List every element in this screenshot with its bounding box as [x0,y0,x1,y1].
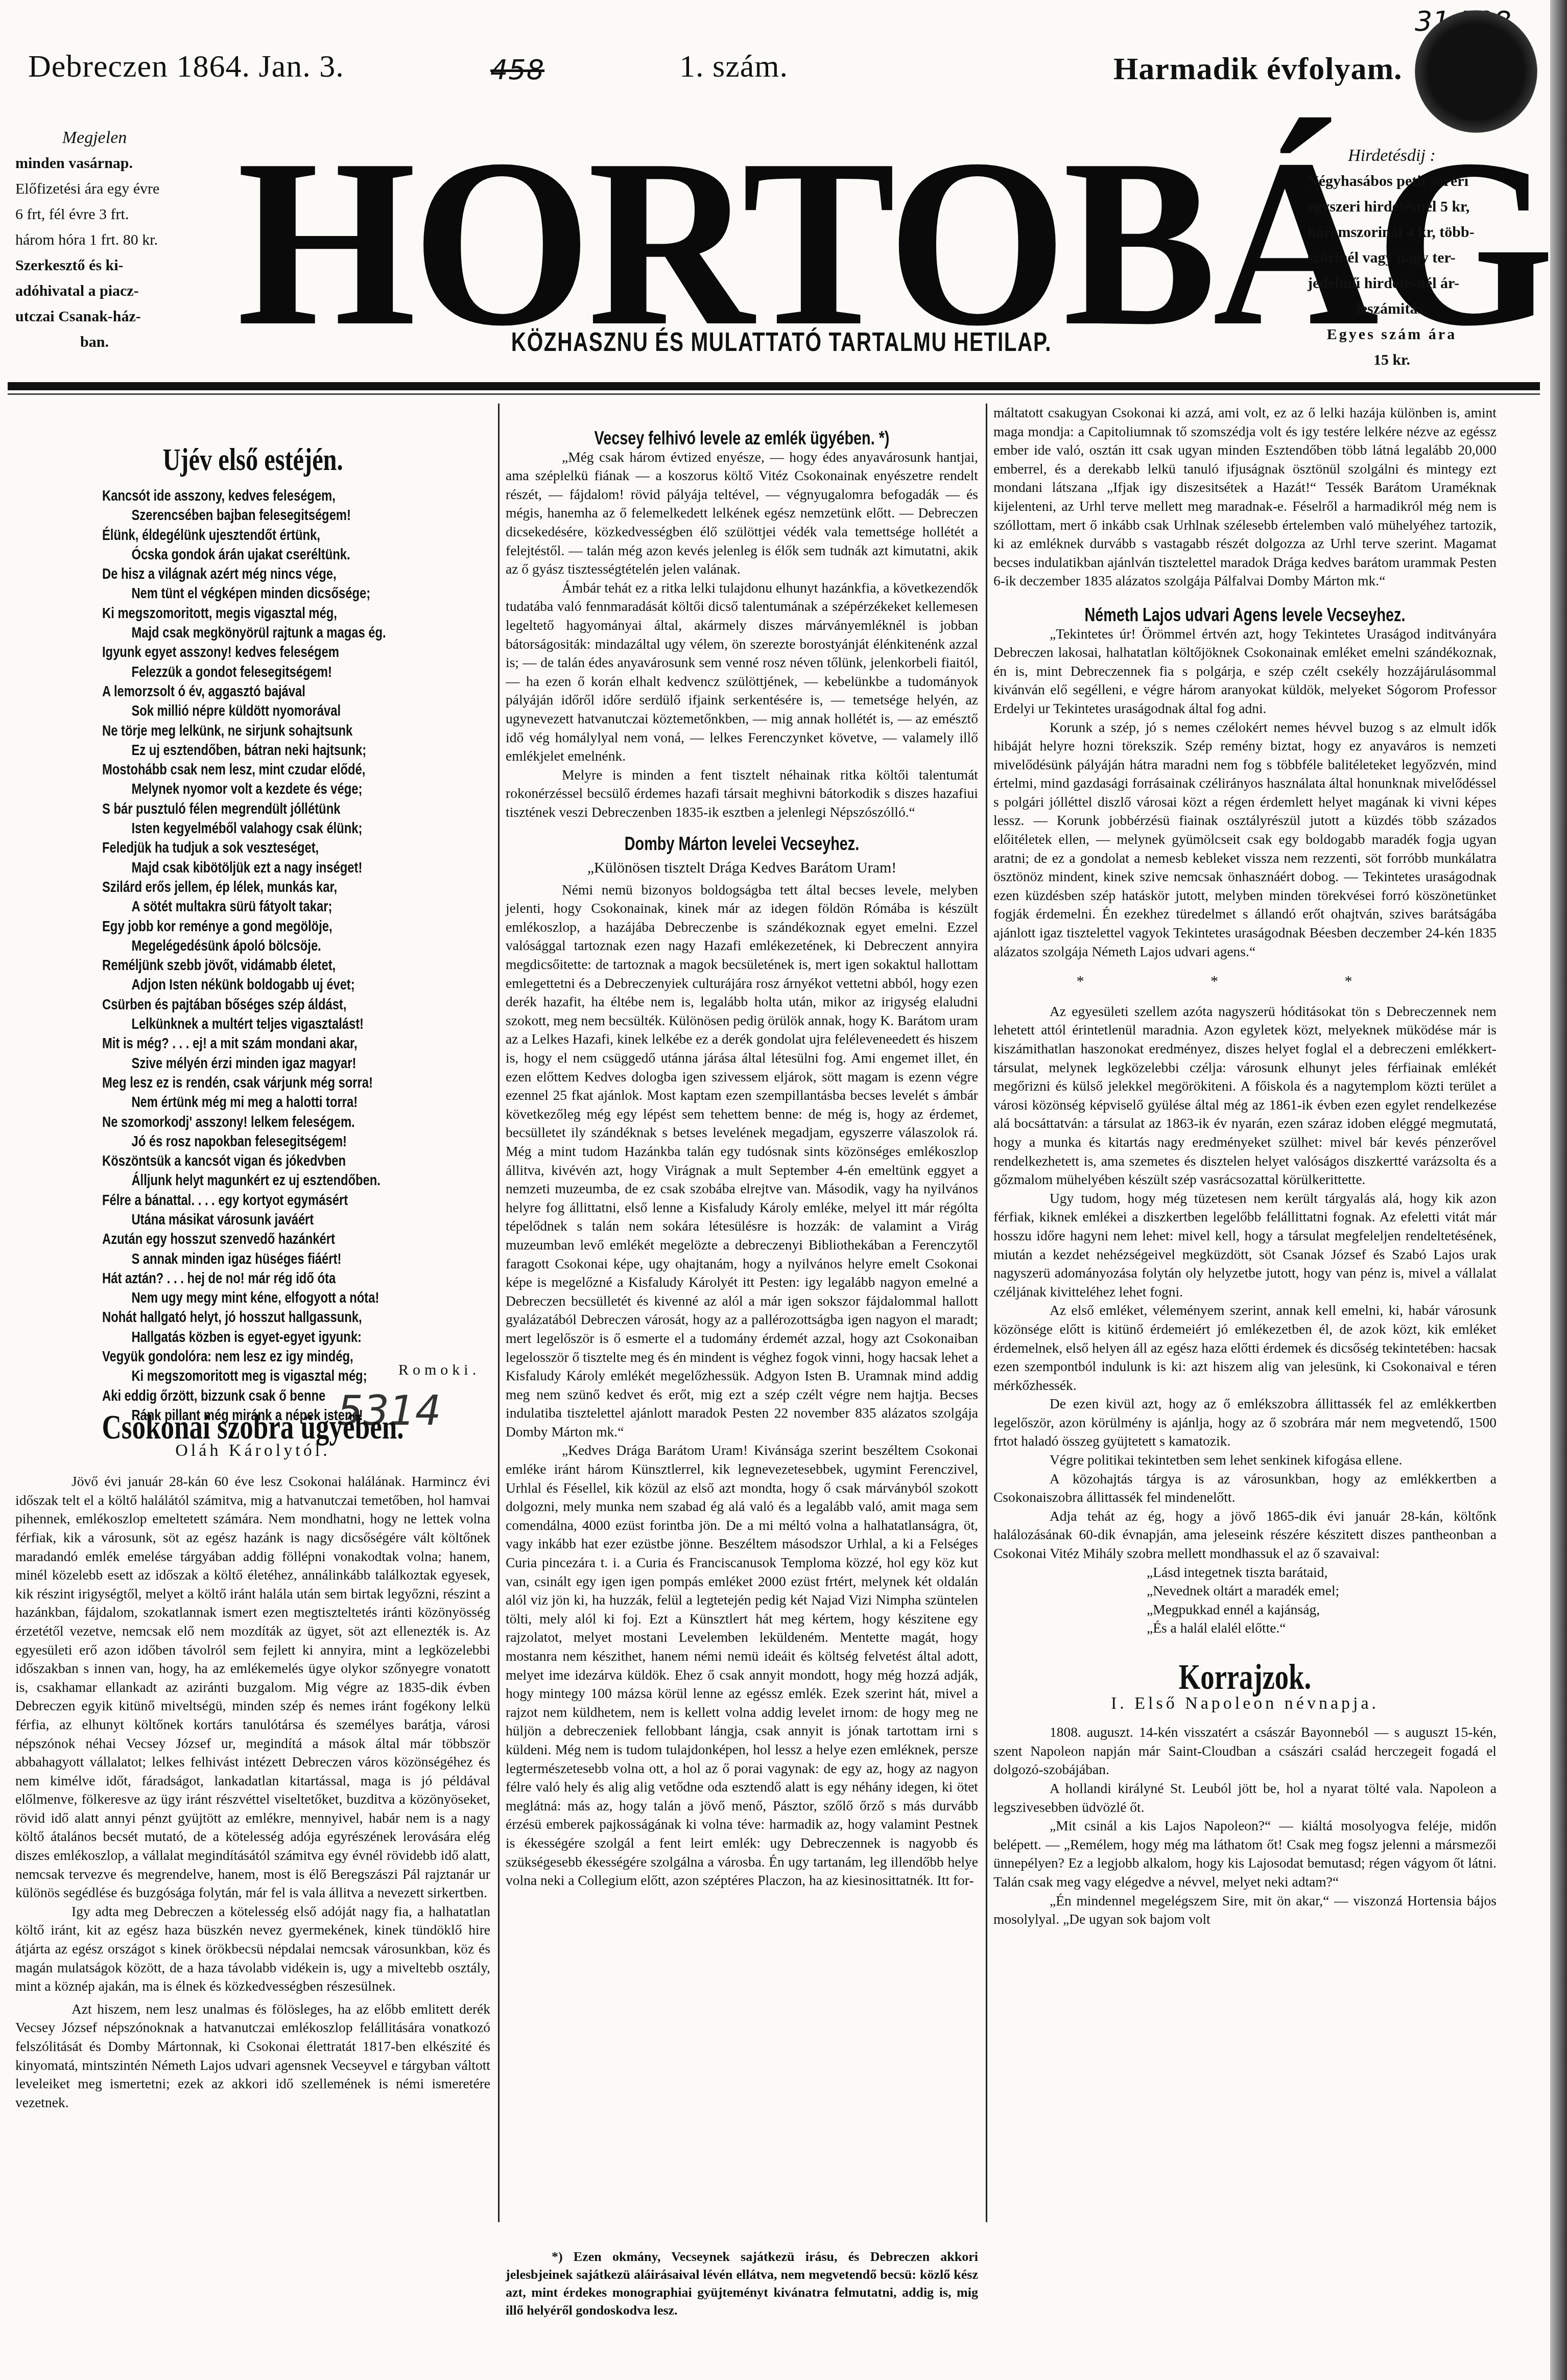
poem-line: Megelégedésünk ápoló bölcsöje. [102,936,521,956]
poem-line: Ne szomorkodj' asszony! lelkem feleségem… [102,1113,521,1132]
letter-paragraph: Korunk a szép, jó s nemes czélokért neme… [993,718,1497,961]
issue-number: 1. szám. [679,49,788,85]
advertising-line: egyszeri hirdetésnél 5 kr, [1308,194,1476,220]
letter-paragraph: Némi nemü bizonyos boldogságba tett álta… [506,881,978,1442]
article-csokonai: Csokonai szobra ügyében. Oláh Károlytól.… [15,1418,490,2112]
poem-line: Jó és rosz napokban felesegitségem! [102,1132,521,1151]
poem-line: Ócska gondok árán ujakat cseréltünk. [102,545,521,564]
left-column: Ujév első estéjén. Kancsót ide asszony, … [15,442,490,1425]
korrajzok-title: Korrajzok. [1049,1668,1441,1687]
poem-line: Nohát hallgató helyt, jó hosszut hallgas… [102,1308,521,1327]
domby-letter-title: Domby Márton levelei Vecseyhez. [553,835,931,854]
poem-line: Nem értünk még mi meg a halotti torra! [102,1093,521,1112]
article-paragraph: Igy adta meg Debreczen a kötelesség első… [15,1902,490,1996]
poem-line: Feledjük ha tudjuk a sok veszteséget, [102,838,521,858]
letter-paragraph: Melyre is minden a fent tisztelt néhaina… [506,766,978,822]
poem-line: De hisz a világnak azért még nincs vége, [102,564,521,584]
poem-line: Mit is még? . . . ej! a mit szám mondani… [102,1034,521,1053]
advertising-rates-box: Hirdetésdij : Négyhasábos petit soréri e… [1308,143,1476,373]
letter-paragraph: „Még csak három évtized enyésze, — hogy … [506,448,978,579]
verse-line: „És a halál elalél előtte.“ [1147,1619,1497,1638]
poem-line: Szilárd erős jellem, ép lélek, munkás ka… [102,878,521,897]
advertising-line: háromszorinál 4 kr, több- [1308,220,1476,245]
middle-column: Vecsey felhivó levele az emlék ügyében. … [506,429,978,1890]
right-column: máltatott csakugyan Csokonai ki azzá, am… [993,404,1497,1929]
poem-line: Azután egy hosszut szenvedő hazánkért [102,1230,521,1249]
article-paragraph: A hollandi királyné St. Leuból jött be, … [993,1779,1497,1817]
subscription-line: Előfizetési ára egy évre [15,176,174,202]
poem-author: Romoki. [398,1361,480,1379]
poem-line: Sok millió népre küldött nyomorával [102,701,521,721]
letter-paragraph: „Tekintetes úr! Örömmel értvén azt, hogy… [993,625,1497,718]
masthead-rule [8,382,1540,390]
poem-line: Nem tünt el végképen minden dicsősége; [102,584,521,603]
poem-line: Ki megszomoritott, megis vigasztal még, [102,604,521,623]
article-paragraph: Végre politikai tekintetben sem lehet se… [993,1451,1497,1470]
poem-line: Adjon Isten nékünk boldogabb uj évet; [102,975,521,995]
poem-line: A sötét multakra sürü fátyolt takar; [102,897,521,916]
subscription-line: ban. [15,329,174,355]
poem-line: Hallgatás közben is egyet-egyet igyunk: [102,1328,521,1347]
poem-line: Álljunk helyt magunkért ez uj esztendőbe… [102,1171,521,1190]
subscription-line: minden vasárnap. [15,151,174,176]
advertising-line: leszámitás. [1308,296,1476,322]
poem-line: Élünk, éldegélünk ujesztendőt értünk, [102,526,521,545]
place-date: Debreczen 1864. Jan. 3. [28,49,344,85]
article-paragraph: Az első emléket, véleményem szerint, ann… [993,1301,1497,1395]
poem-line: Köszöntsük a kancsót vigan és jókedvben [102,1151,521,1171]
verse-line: „Lásd integetnek tiszta barátaid, [1147,1563,1497,1582]
poem-line: Reméljünk szebb jövőt, vidámabb életet, [102,956,521,975]
poem-line: Ne törje meg lelkünk, ne sirjunk sohajts… [102,721,521,741]
article-paragraph: Azt hiszem, nem lesz unalmas és fölösleg… [15,2000,490,2112]
article-title: Csokonai szobra ügyében. [67,1418,438,1436]
footnote: *) Ezen okmány, Vecseynek sajátkezü irás… [506,2248,978,2319]
article-paragraph: 1808. auguszt. 14-kén visszatért a csász… [993,1723,1497,1779]
korrajzok-subtitle: I. Első Napoleon névnapja. [993,1694,1497,1713]
article-paragraph: Adja tehát az ég, hogy a jövő 1865-dik é… [993,1507,1497,1563]
poem-line: Meg lesz ez is rendén, csak várjunk még … [102,1073,521,1093]
continuation-paragraph: máltatott csakugyan Csokonai ki azzá, am… [993,404,1497,591]
nemeth-letter-title: Németh Lajos udvari Agens levele Vecseyh… [1044,606,1446,625]
advertising-line: szörinél vagy nagy ter- [1308,245,1476,271]
subscription-line: adóhivatal a piacz- [15,278,174,304]
poem-line: Aki eddig őrzött, bizzunk csak ő benne [102,1386,521,1406]
poem-line: Szerencsében bajban felesegitségem! [102,506,521,525]
masthead-rule-thin [8,393,1540,395]
poem-line: Nem ugy megy mint kéne, elfogyott a nóta… [102,1288,521,1308]
poem-line: Szive mélyén érzi minden igaz magyar! [102,1054,521,1073]
poem-line: Majd csak kibötöljük ezt a nagy inséget! [102,858,521,878]
domby-salutation: „Különösen tisztelt Drága Kedves Barátom… [506,859,978,878]
masthead-subtitle: KÖZHASZNU ÉS MULATTATÓ TARTALMU HETILAP. [483,327,1080,358]
poem-line: Utána másikat városunk javáért [102,1210,521,1230]
archive-mark: 458 [490,54,544,86]
poem-line: S bár pusztuló félen megrendült jóllétün… [102,799,521,819]
subscription-line: utczai Csanak-ház- [15,304,174,329]
subscription-line: három hóra 1 frt. 80 kr. [15,227,174,253]
poem-line: Melynek nyomor volt a kezdete és vége; [102,780,521,799]
subscription-line: 6 frt, fél évre 3 frt. [15,202,174,227]
subscription-line: Szerkesztő és ki- [15,253,174,278]
subscription-lead: Megjelen [15,125,174,151]
poem-line: Csürben és pajtában bőséges szép áldást, [102,995,521,1015]
article-paragraph: De ezen kivül azt, hogy az ő emlékszobra… [993,1395,1497,1451]
advertising-line: jedelmű hirdetésnél ár- [1308,271,1476,296]
verse-line: „Nevednek oltárt a maradék emel; [1147,1582,1497,1600]
column-divider [986,404,987,2222]
poem-line: Felezzük a gondot felesegitségem! [102,663,521,682]
letter-paragraph: Ámbár tehát ez a ritka lelki tulajdonu e… [506,579,978,766]
poem-line: Félre a bánattal. . . . egy kortyot egym… [102,1191,521,1210]
advertising-line: 15 kr. [1308,347,1476,373]
vecsey-letter-title: Vecsey felhivó levele az emlék ügyében. … [553,429,931,448]
letter-paragraph: „Kedves Drága Barátom Uram! Kivánsága sz… [506,1441,978,1890]
poem-line: Mostohább csak nem lesz, mint czudar elő… [102,760,521,780]
article-paragraph: A közohajtás tárgya is az városunkban, h… [993,1470,1497,1507]
poem-body: Kancsót ide asszony, kedves feleségem, S… [102,486,521,1425]
poem-line: A lemorzsolt ó év, aggasztó bajával [102,682,521,701]
poem-line: S annak minden igaz hüséges fiáért! [102,1250,521,1269]
volume-label: Harmadik évfolyam. [1113,51,1403,87]
poem-line: Lelkünknek a multért teljes vigasztalást… [102,1015,521,1034]
poem-line: Egy jobb kor reménye a gond megölöje, [102,917,521,936]
verse-line: „Megpukkad ennél a kajánság, [1147,1600,1497,1619]
poem-line: Igyunk egyet asszony! kedves feleségem [102,643,521,662]
poem-line: Hát aztán? . . . hej de no! már rég idő … [102,1269,521,1288]
article-paragraph: „Én mindennel megelégszem Sire, mit ön a… [993,1892,1497,1929]
poem-line: Isten kegyelméből valahogy csak élünk; [102,819,521,838]
quoted-verse: „Lásd integetnek tiszta barátaid, „Neved… [993,1563,1497,1638]
subscription-info-box: Megjelen minden vasárnap. Előfizetési ár… [15,125,174,355]
poem-line: Kancsót ide asszony, kedves feleségem, [102,486,521,506]
article-paragraph: Ugy tudom, hogy még tüzetesen nem került… [993,1189,1497,1302]
article-paragraph: Az egyesületi szellem azóta nagyszerü hó… [993,1002,1497,1189]
page-edge [1550,0,1567,2380]
article-paragraph: Jövő évi január 28-kán 60 éve lesz Csoko… [15,1472,490,1902]
poem-line: Majd csak megkönyörül rajtunk a magas ég… [102,623,521,643]
poem-title: Ujév első estéjén. [67,442,438,478]
advertising-line: Négyhasábos petit soréri [1308,169,1476,194]
section-separator: * * * [993,972,1497,991]
article-paragraph: „Mit csinál a kis Lajos Napoleon?“ — kiá… [993,1817,1497,1891]
advertising-line: Egyes szám ára [1308,322,1476,347]
poem-line: Ez uj esztendőben, bátran neki hajtsunk; [102,741,521,760]
advertising-lead: Hirdetésdij : [1308,143,1476,169]
